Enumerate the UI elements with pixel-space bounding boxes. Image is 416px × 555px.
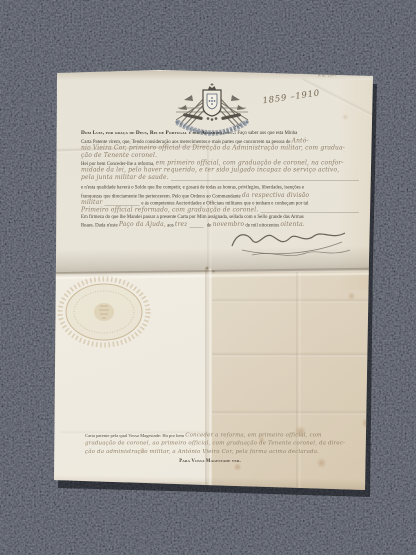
ruled-blank [190,222,204,227]
text-line: e n'esta qualidade haverá o Soldo que lh… [81,184,361,191]
text-segment-hand: nio Vieira Cor, primeiro official da Dir… [81,144,345,151]
text-segment-strong: Para Vossa Magestade ver. [179,458,241,464]
closing-text-block: Carta patente pela qual Vossa Magestade:… [85,432,335,466]
text-segment-printed: de [206,223,213,229]
text-segment-hand: ção de Tenente coronel. [81,152,157,159]
ruled-blank [104,200,139,205]
text-segment-printed: franquezas que directamente lhe pertence… [81,193,242,199]
text-line: franquezas que directamente lhe pertence… [81,192,361,199]
foxing-stain [342,114,349,120]
text-segment-hand: midade da lei, pelo haver requerido, e t… [81,166,339,173]
handwritten-date: 1859 –1910 [262,88,321,106]
text-segment-hand: Primeiro official reformado, com graduaç… [81,206,258,213]
text-segment-strong: Dom Luiz, por graça de Deus, Rei de Port… [81,130,236,136]
text-segment-printed: Faço saber aos que esta Minha [236,130,297,136]
text-segment-hand: em primeiro official, com graduação de c… [156,159,344,166]
fold-crease [212,410,373,415]
text-segment-printed: Reaes. Dada n'este [81,223,119,229]
text-line: pela junta militar de saude. [81,174,361,181]
text-segment-hand: da respectiva divisão [242,191,309,198]
embossed-seal-icon [56,276,152,348]
document-paper: 1859 –1910 P. M. 1900 Dom Luiz, por graç… [0,0,416,555]
text-segment-hand: militar [81,199,102,206]
text-segment-hand: Antó- [292,137,309,144]
text-segment-hand: pela junta militar de saude. [81,174,169,181]
foxing-stain [205,266,209,270]
text-segment-printed: e n'esta qualidade haverá o Soldo que lh… [81,184,304,190]
main-text-block: Dom Luiz, por graça de Deus, Rei de Port… [81,130,361,228]
text-segment-hand: ção da administração militar, a António … [85,448,319,455]
foxing-stain [212,270,215,273]
text-line: Dom Luiz, por graça de Deus, Rei de Port… [81,130,361,137]
photo-of-document: 1859 –1910 P. M. 1900 Dom Luiz, por graç… [0,0,416,555]
text-segment-printed: aos [166,223,175,229]
text-line: ção da administração militar, a António … [85,448,335,456]
text-line: Para Vossa Magestade ver. [85,458,335,466]
text-segment-printed: Em firmeza do que lhe Mandei passar a pr… [81,214,304,220]
ruled-blank [171,175,359,180]
text-segment-hand: graduação de coronel, ao primeiro offici… [85,440,345,447]
fold-crease [212,352,373,357]
ruled-blank [260,208,359,213]
text-segment-hand: Conceder a reforma, em primeiro official… [185,432,321,439]
text-segment-hand: trez [175,221,188,228]
text-line: Primeiro official reformado, com graduaç… [81,206,361,213]
royal-signature-icon [224,224,354,260]
foxing-stain [347,292,356,300]
text-segment-hand: Paço da Ajuda, [119,221,166,228]
text-segment-printed: Carta patente pela qual Vossa Magestade:… [85,433,185,438]
